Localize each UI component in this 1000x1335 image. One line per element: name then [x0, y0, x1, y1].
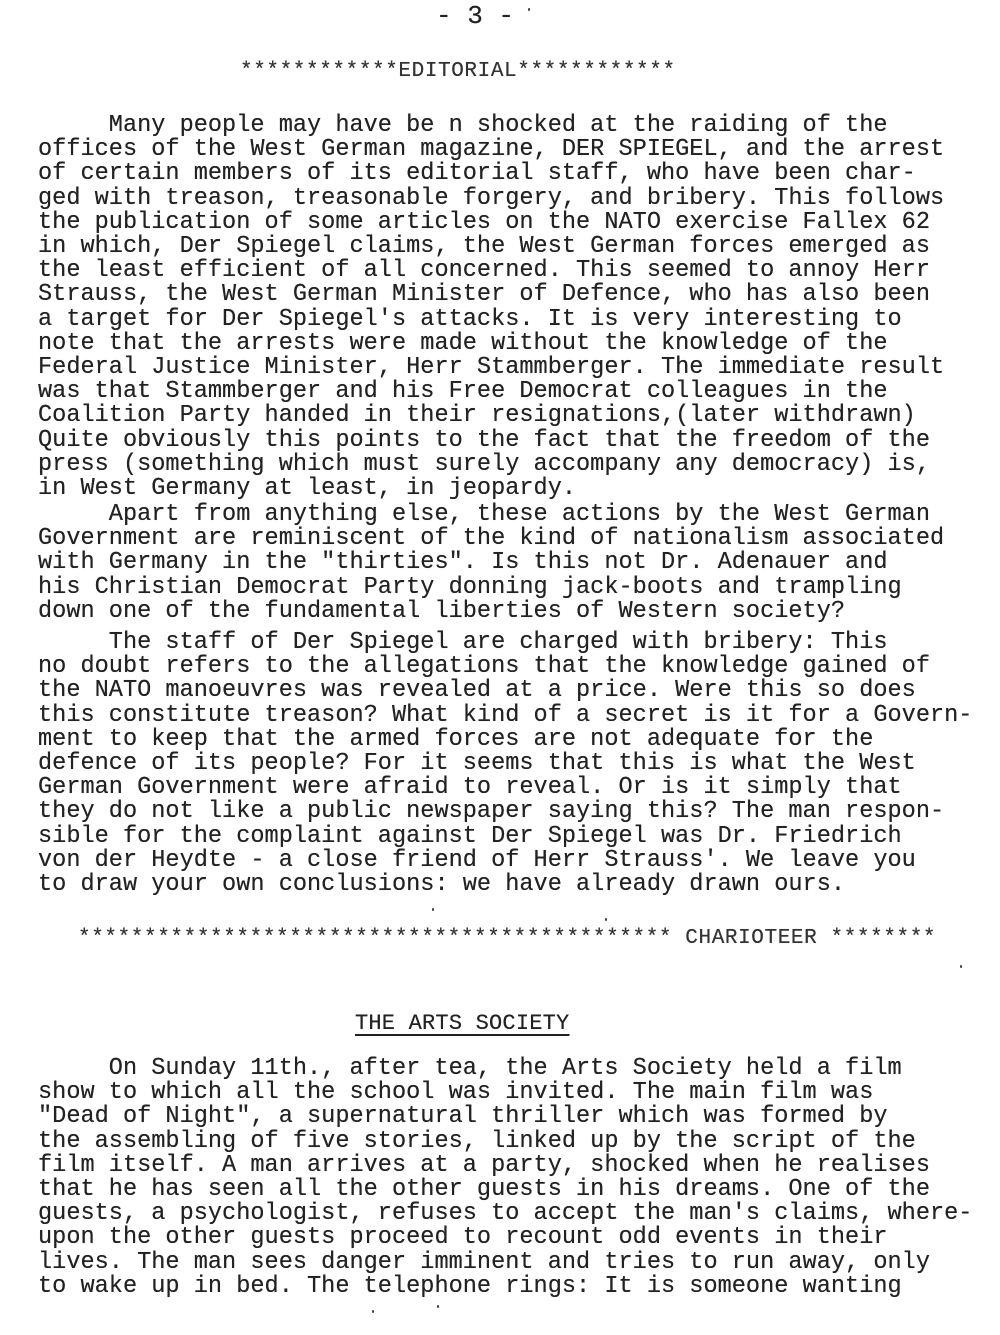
editorial-paragraph-line: offices of the West German magazine, DER… [38, 138, 944, 162]
editorial-paragraph-line: Strauss, the West German Minister of Def… [38, 283, 930, 307]
editorial-paragraph-line: sible for the complaint against Der Spie… [38, 825, 902, 849]
editorial-paragraph-line: defence of its people? For it seems that… [38, 752, 916, 776]
arts-society-heading: THE ARTS SOCIETY [355, 1012, 569, 1036]
arts-paragraph-line: guests, a psychologist, refuses to accep… [38, 1202, 972, 1226]
editorial-paragraph-line: the least efficient of all concerned. Th… [38, 259, 930, 283]
editorial-paragraph-line: with Germany in the "thirties". Is this … [38, 551, 888, 575]
editorial-paragraph-line: of certain members of its editorial staf… [38, 162, 916, 186]
arts-paragraph-line: film itself. A man arrives at a party, s… [38, 1154, 930, 1178]
editorial-paragraph-line: they do not like a public newspaper sayi… [38, 800, 944, 824]
editorial-paragraph-line: Quite obviously this points to the fact … [38, 429, 930, 453]
editorial-paragraph-line: in which, Der Spiegel claims, the West G… [38, 235, 930, 259]
arts-paragraph-line: the assembling of five stories, linked u… [38, 1130, 916, 1154]
scan-speck [605, 918, 607, 921]
arts-paragraph-line: that he has seen all the other guests in… [38, 1178, 930, 1202]
scan-speck [372, 1310, 374, 1313]
editorial-paragraph-line: German Government were afraid to reveal.… [38, 776, 902, 800]
arts-paragraph-line: lives. The man sees danger imminent and … [38, 1251, 930, 1275]
editorial-paragraph-line: Coalition Party handed in their resignat… [38, 404, 916, 428]
arts-paragraph-line: On Sunday 11th., after tea, the Arts Soc… [38, 1057, 902, 1081]
editorial-paragraph-line: no doubt refers to the allegations that … [38, 655, 930, 679]
editorial-paragraph-line: the NATO manoeuvres was revealed at a pr… [38, 679, 916, 703]
editorial-paragraph-line: The staff of Der Spiegel are charged wit… [38, 631, 888, 655]
charioteer-signature-line: ****************************************… [78, 927, 936, 951]
editorial-paragraph-line: Many people may have be n shocked at the… [38, 114, 888, 138]
editorial-paragraph-line: a target for Der Spiegel's attacks. It i… [38, 308, 902, 332]
editorial-paragraph-line: Apart from anything else, these actions … [38, 503, 930, 527]
editorial-paragraph-line: ment to keep that the armed forces are n… [38, 728, 873, 752]
editorial-heading: ************EDITORIAL************ [240, 60, 676, 84]
editorial-paragraph-line: Federal Justice Minister, Herr Stammberg… [38, 356, 944, 380]
arts-paragraph-line: show to which all the school was invited… [38, 1081, 873, 1105]
editorial-paragraph-line: this constitute treason? What kind of a … [38, 704, 972, 728]
editorial-paragraph-line: his Christian Democrat Party donning jac… [38, 576, 902, 600]
arts-paragraph-line: "Dead of Night", a supernatural thriller… [38, 1105, 888, 1129]
scan-speck [528, 8, 530, 11]
scan-speck [960, 965, 962, 968]
editorial-paragraph-line: was that Stammberger and his Free Democr… [38, 380, 888, 404]
editorial-paragraph-line: note that the arrests were made without … [38, 332, 888, 356]
editorial-paragraph-line: to draw your own conclusions: we have al… [38, 873, 845, 897]
editorial-paragraph-line: press (something which must surely accom… [38, 453, 930, 477]
arts-paragraph-line: upon the other guests proceed to recount… [38, 1226, 888, 1250]
arts-paragraph-line: to wake up in bed. The telephone rings: … [38, 1275, 902, 1299]
typewritten-page: - 3 - ************EDITORIAL************ … [0, 0, 1000, 1335]
scan-speck [432, 908, 434, 911]
editorial-paragraph-line: ged with treason, treasonable forgery, a… [38, 187, 944, 211]
page-number: - 3 - [436, 4, 514, 28]
scan-speck [437, 1305, 439, 1308]
editorial-paragraph-line: down one of the fundamental liberties of… [38, 600, 845, 624]
editorial-paragraph-line: Government are reminiscent of the kind o… [38, 527, 944, 551]
editorial-paragraph-line: the publication of some articles on the … [38, 211, 930, 235]
editorial-paragraph-line: in West Germany at least, in jeopardy. [38, 477, 576, 501]
editorial-paragraph-line: von der Heydte - a close friend of Herr … [38, 849, 916, 873]
